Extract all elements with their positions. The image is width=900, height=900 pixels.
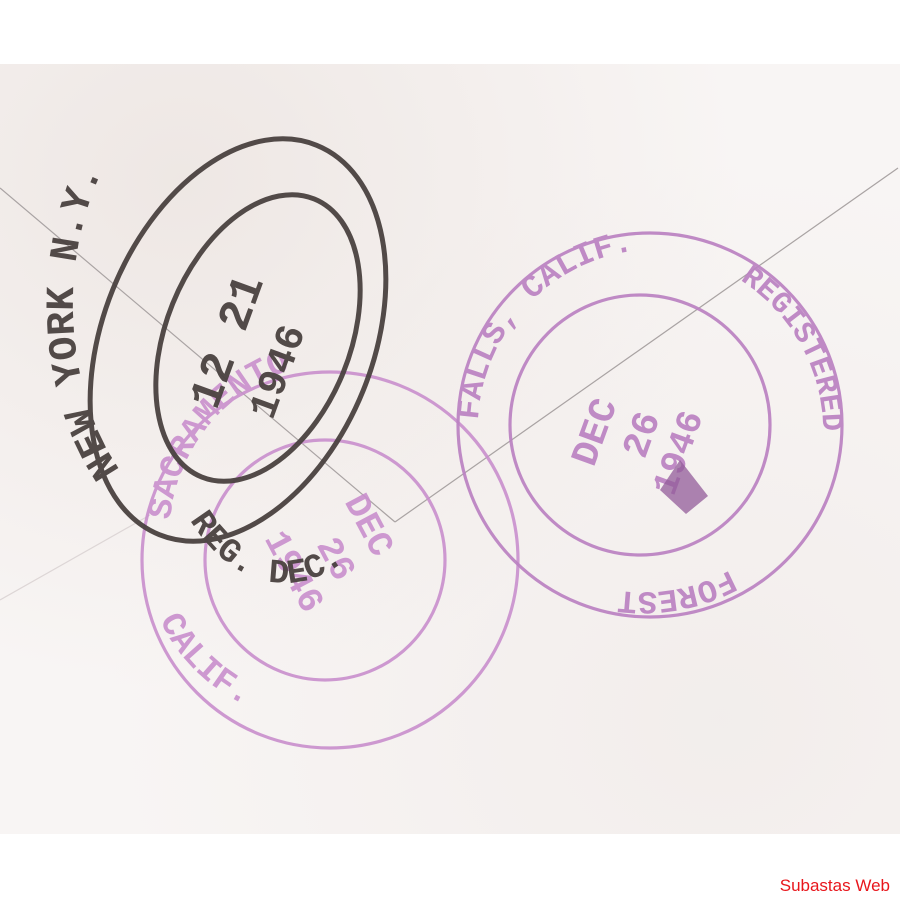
watermark-text: Subastas Web <box>780 876 890 896</box>
forest-outer-top-text: FALLS, CALIF. <box>451 224 636 421</box>
forest-outer-right-text: REGISTERED <box>734 260 847 432</box>
svg-text:REGISTERED: REGISTERED <box>734 260 847 432</box>
svg-text:FALLS, CALIF.: FALLS, CALIF. <box>451 224 636 421</box>
ny-outer-top-text: NEW YORK N.Y. <box>41 158 131 487</box>
forest-outer-bottom-text: FOREST <box>616 561 742 619</box>
forest-registered-postmark: FALLS, CALIF. REGISTERED FOREST DEC 26 1… <box>451 224 847 620</box>
envelope-back: SACRAMENTO CALIF. DEC 26 1946 FALLS, CAL… <box>0 0 900 900</box>
svg-text:NEW YORK N.Y.: NEW YORK N.Y. <box>41 158 131 487</box>
forest-month-text: DEC <box>564 393 628 472</box>
svg-text:FOREST: FOREST <box>616 561 742 619</box>
